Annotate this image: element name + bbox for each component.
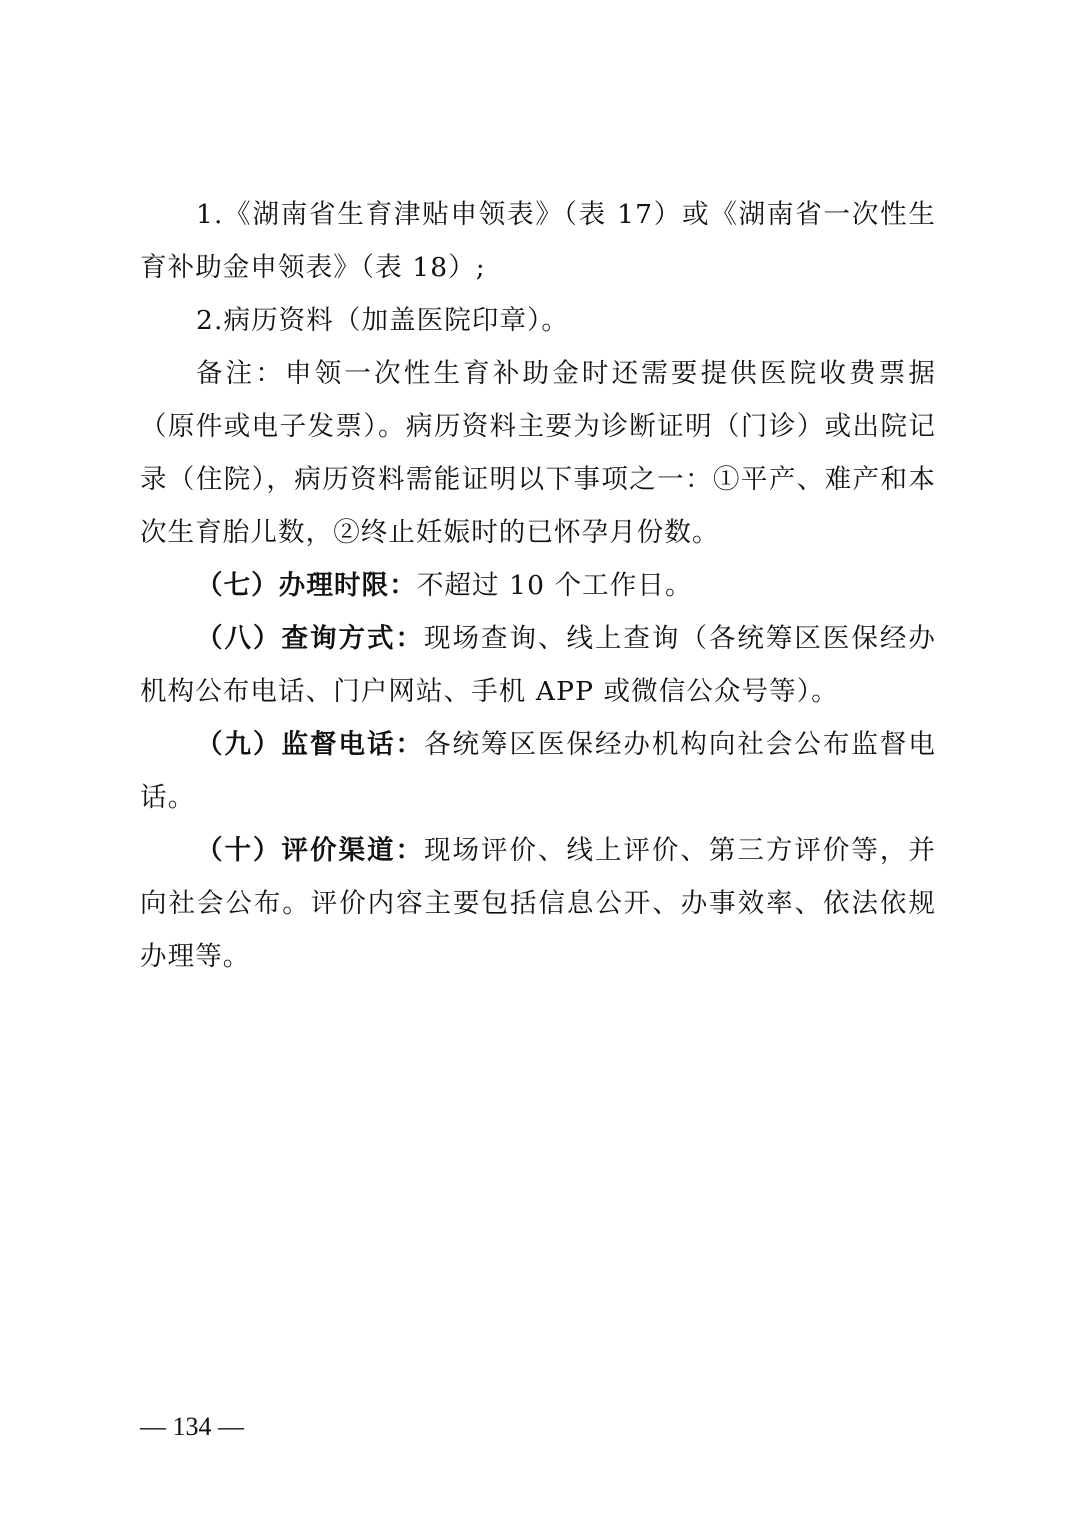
- list-item-2-text: 2.病历资料（加盖医院印章）。: [196, 305, 569, 336]
- section-evaluation-channel-label: （十）评价渠道：: [196, 835, 424, 866]
- page-number: — 134 —: [140, 1412, 244, 1442]
- section-inquiry-method: （八）查询方式：现场查询、线上查询（各统筹区医保经办机构公布电话、门户网站、手机…: [140, 612, 936, 718]
- list-item-1: 1.《湖南省生育津贴申领表》（表 17）或《湖南省一次性生育补助金申领表》（表 …: [140, 188, 936, 294]
- section-supervision-phone-label: （九）监督电话：: [196, 729, 424, 760]
- note-text: 备注：申领一次性生育补助金时还需要提供医院收费票据（原件或电子发票）。病历资料主…: [140, 358, 936, 548]
- document-page: 1.《湖南省生育津贴申领表》（表 17）或《湖南省一次性生育补助金申领表》（表 …: [0, 0, 1074, 1520]
- section-processing-time: （七）办理时限：不超过 10 个工作日。: [140, 559, 936, 612]
- section-processing-time-label: （七）办理时限：: [196, 570, 417, 601]
- document-body: 1.《湖南省生育津贴申领表》（表 17）或《湖南省一次性生育补助金申领表》（表 …: [140, 188, 936, 983]
- note-paragraph: 备注：申领一次性生育补助金时还需要提供医院收费票据（原件或电子发票）。病历资料主…: [140, 347, 936, 559]
- list-item-1-text: 1.《湖南省生育津贴申领表》（表 17）或《湖南省一次性生育补助金申领表》（表 …: [140, 199, 936, 283]
- section-inquiry-method-label: （八）查询方式：: [196, 623, 424, 654]
- section-processing-time-text: 不超过 10 个工作日。: [417, 570, 693, 601]
- section-evaluation-channel: （十）评价渠道：现场评价、线上评价、第三方评价等，并向社会公布。评价内容主要包括…: [140, 824, 936, 983]
- section-supervision-phone: （九）监督电话：各统筹区医保经办机构向社会公布监督电话。: [140, 718, 936, 824]
- list-item-2: 2.病历资料（加盖医院印章）。: [140, 294, 936, 347]
